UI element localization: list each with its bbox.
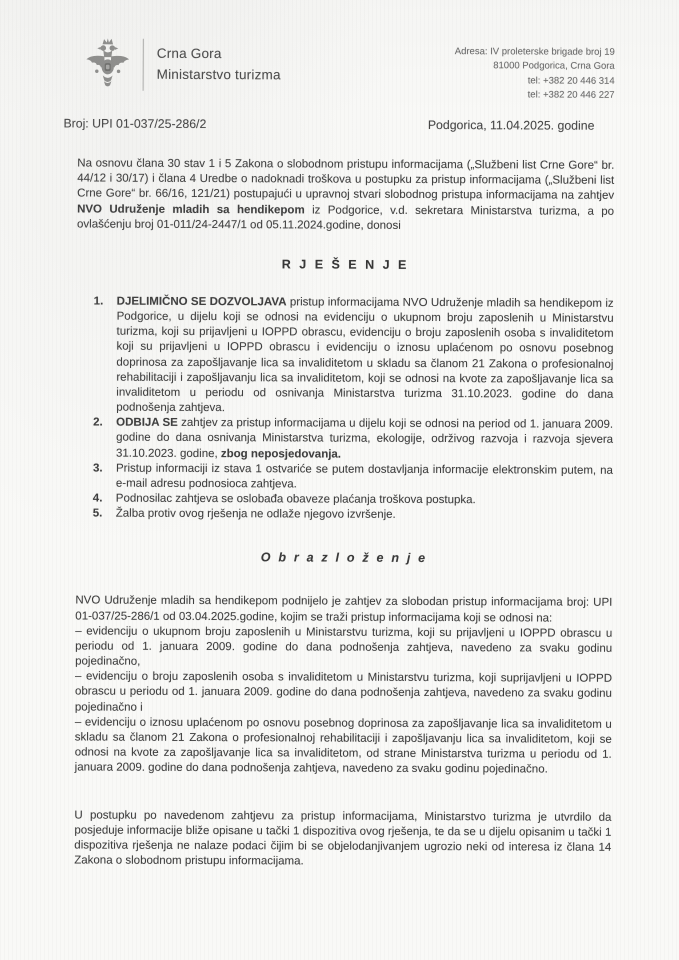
address-line: 81000 Podgorica, Crna Gora [455,59,615,74]
document-title: R J E Š E N J E [77,256,614,272]
item-text: Žalba protiv ovog rješenja ne odlaže nje… [116,507,613,524]
decision-item-5: 5. Žalba protiv ovog rješenja ne odlaže … [76,507,613,525]
address-line: Adresa: IV proleterske brigade broj 19 [455,45,615,60]
request-item-2: – evidenciju o broju zaposlenih osoba s … [75,670,612,718]
ministry-name: Ministarstvo turizma [157,65,281,86]
item-text: Pristup informaciji iz stava 1 ostvariće… [116,461,613,494]
country-name: Crna Gora [157,44,281,65]
request-item-3: – evidenciju o iznosu uplaćenom po osnov… [75,715,612,778]
item-number: 1. [93,294,117,415]
item-number: 2. [93,416,116,462]
assessment-paragraph: U postupku po navedenom zahtjevu za pris… [74,808,611,871]
item-text: DJELIMIČNO SE DOZVOLJAVA pristup informa… [116,294,614,418]
letterhead: Crna Gora Ministarstvo turizma Adresa: I… [78,35,615,102]
request-item-1: – evidenciju o ukupnom broju zaposlenih … [75,624,612,672]
place-and-date: Podgorica, 11.04.2025. godine [428,118,595,133]
decision-item-1: 1. DJELIMIČNO SE DOZVOLJAVA pristup info… [76,294,614,418]
item-number: 4. [93,492,116,507]
decision-item-2: 2. ODBIJA SE zahtjev za pristup informac… [76,416,613,464]
request-intro-paragraph: NVO Udruženje mladih sa hendikepom podni… [75,594,612,627]
coat-of-arms-icon [84,35,132,93]
address-block: Adresa: IV proleterske brigade broj 19 8… [455,45,615,103]
ministry-name-block: Crna Gora Ministarstvo turizma [157,44,281,86]
letterhead-divider [143,39,144,91]
phone-line: tel: +382 20 446 314 [455,74,615,89]
ministry-brand: Crna Gora Ministarstvo turizma [84,35,281,94]
item-number: 3. [93,461,116,491]
decision-item-3: 3. Pristup informaciji iz stava 1 ostvar… [76,461,613,494]
phone-line: tel: +382 20 446 227 [455,88,615,103]
item-text: ODBIJA SE zahtjev za pristup informacija… [116,416,613,464]
explanation-title: O b r a z l o ž e n j e [76,550,613,566]
document-sheet: Crna Gora Ministarstvo turizma Adresa: I… [0,0,679,960]
reference-number: Broj: UPI 01-037/25-286/2 [63,116,206,131]
reference-row: Broj: UPI 01-037/25-286/2 Podgorica, 11.… [63,116,614,132]
preamble-paragraph: Na osnovu člana 30 stav 1 i 5 Zakona o s… [77,156,614,234]
decision-items: 1. DJELIMIČNO SE DOZVOLJAVA pristup info… [76,294,614,524]
item-number: 5. [93,507,116,522]
scanned-document-page: Crna Gora Ministarstvo turizma Adresa: I… [0,0,679,960]
applicant-name: NVO Udruženje mladih sa hendikepom [77,203,305,216]
